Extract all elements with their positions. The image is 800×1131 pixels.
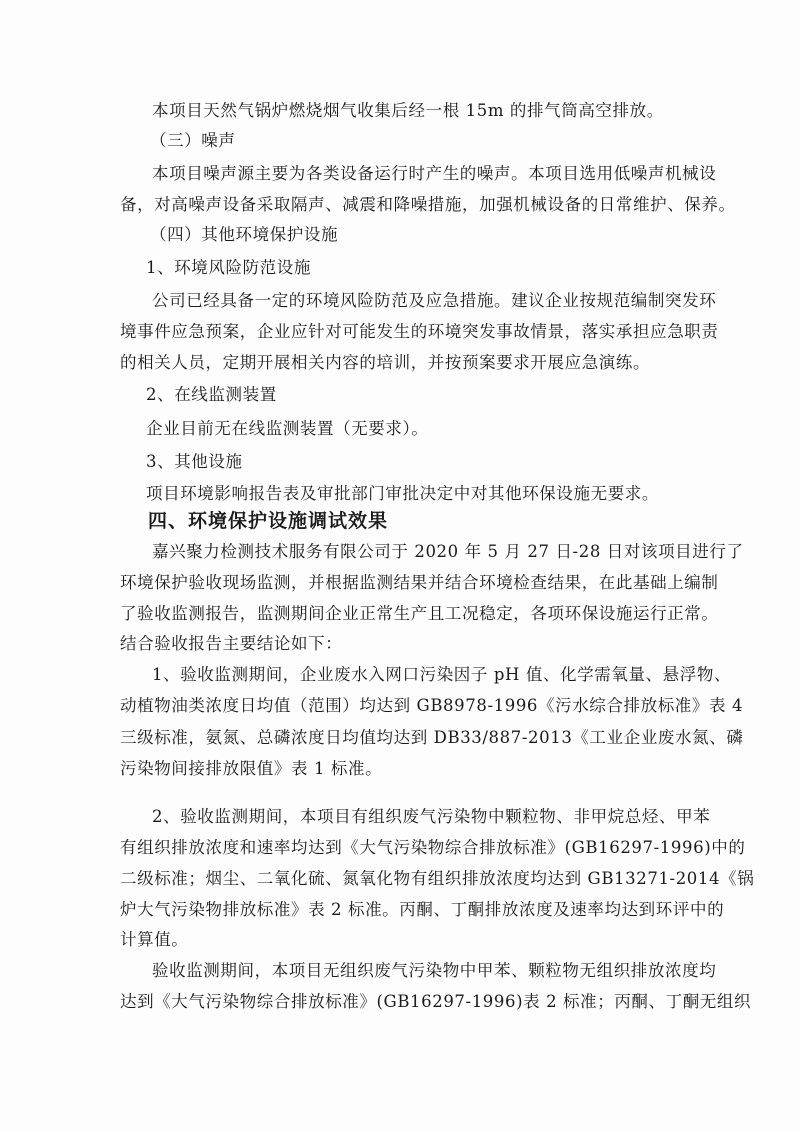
- paragraph-line: 本项目天然气锅炉燃烧烟气收集后经一根 15m 的排气筒高空排放。: [152, 100, 685, 122]
- paragraph-line: 备，对高噪声设备采取隔声、减震和降噪措施，加强机械设备的日常维护、保养。: [120, 194, 685, 216]
- paragraph-line: 嘉兴聚力检测技术服务有限公司于 2020 年 5 月 27 日-28 日对该项目…: [152, 541, 685, 563]
- paragraph-line: 境事件应急预案，企业应针对可能发生的环境突发事故情景，落实承担应急职责: [120, 321, 685, 343]
- conclusion-1-line: 动植物油类浓度日均值（范围）均达到 GB8978-1996《污水综合排放标准》表…: [120, 695, 685, 717]
- conclusion-2-line: 有组织排放浓度和速率均达到《大气污染物综合排放标准》(GB16297-1996)…: [120, 837, 685, 859]
- paragraph-line: 了验收监测报告，监测期间企业正常生产且工况稳定，各项环保设施运行正常。: [120, 603, 685, 625]
- conclusion-2-line: 计算值。: [120, 929, 685, 951]
- conclusion-3-line: 验收监测期间，本项目无组织废气污染物中甲苯、颗粒物无组织排放浓度均: [152, 960, 685, 982]
- section-heading: 四、环境保护设施调试效果: [148, 509, 388, 533]
- conclusion-2-line: 2、验收监测期间，本项目有组织废气污染物中颗粒物、非甲烷总烃、甲苯: [152, 806, 685, 828]
- paragraph-line: 公司已经具备一定的环境风险防范及应急措施。建议企业按规范编制突发环: [152, 290, 685, 312]
- conclusion-1-line: 1、验收监测期间，企业废水入网口污染因子 pH 值、化学需氧量、悬浮物、: [152, 664, 685, 686]
- conclusion-1-line: 污染物间接排放限值》表 1 标准。: [120, 758, 685, 780]
- conclusion-1-line: 三级标准，氨氮、总磷浓度日均值均达到 DB33/887-2013《工业企业废水氮…: [120, 727, 685, 749]
- document-page: 本项目天然气锅炉燃烧烟气收集后经一根 15m 的排气筒高空排放。 （三）噪声 本…: [0, 0, 800, 1131]
- section-subheading-noise: （三）噪声: [150, 130, 715, 152]
- conclusion-2-line: 二级标准；烟尘、二氧化硫、氮氧化物有组织排放浓度均达到 GB13271-2014…: [120, 868, 685, 890]
- paragraph-line: 项目环境影响报告表及审批部门审批决定中对其他环保设施无要求。: [146, 483, 711, 505]
- conclusion-2-line: 炉大气污染物排放标准》表 2 标准。丙酮、丁酮排放浓度及速率均达到环评中的: [120, 899, 685, 921]
- conclusion-3-line: 达到《大气污染物综合排放标准》(GB16297-1996)表 2 标准；丙酮、丁…: [120, 991, 685, 1013]
- item-heading-online-monitoring: 2、在线监测装置: [146, 384, 711, 406]
- item-heading-other-facilities: 3、其他设施: [146, 451, 711, 473]
- paragraph-line: 企业目前无在线监测装置（无要求）。: [146, 418, 711, 440]
- paragraph-line: 结合验收报告主要结论如下：: [120, 633, 685, 655]
- paragraph-line: 的相关人员，定期开展相关内容的培训，并按预案要求开展应急演练。: [120, 352, 685, 374]
- section-subheading-other-facilities: （四）其他环境保护设施: [150, 224, 715, 246]
- paragraph-line: 环境保护验收现场监测，并根据监测结果并结合环境检查结果，在此基础上编制: [120, 572, 685, 594]
- paragraph-line: 本项目噪声源主要为各类设备运行时产生的噪声。本项目选用低噪声机械设: [152, 163, 685, 185]
- item-heading-risk-prevention: 1、环境风险防范设施: [146, 257, 711, 279]
